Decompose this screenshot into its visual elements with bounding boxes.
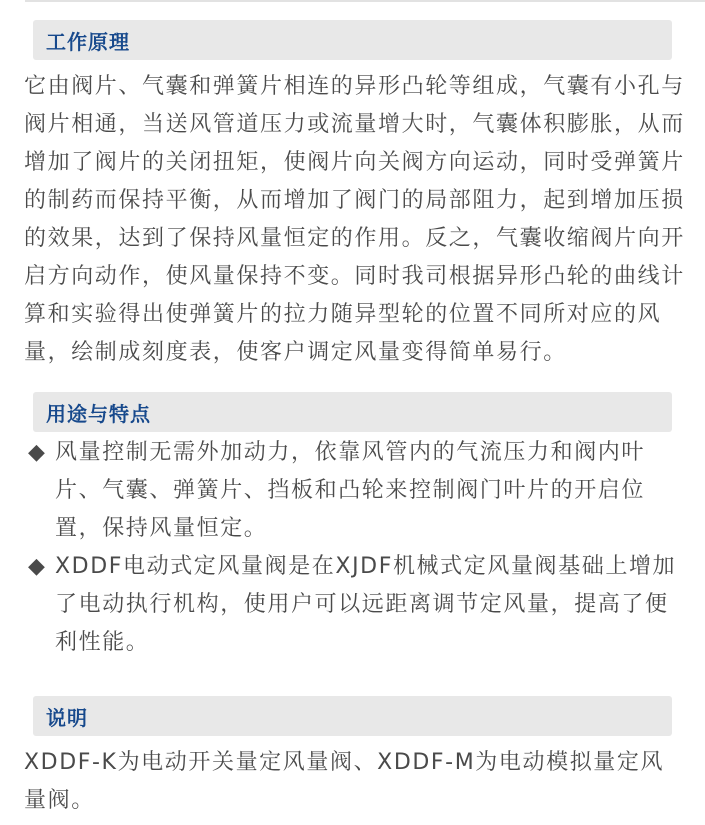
feature-bullet-text: XDDF电动式定风量阀是在XJDF机械式定风量阀基础上增加了电动执行机构，使用户…	[55, 548, 685, 662]
section-header-working-principle: 工作原理	[33, 20, 672, 60]
diamond-bullet-icon: ◆	[28, 548, 55, 662]
document-page: 工作原理 它由阀片、气囊和弹簧片相连的异形凸轮等组成，气囊有小孔与阀片相通，当送…	[0, 0, 705, 820]
list-item: ◆ XDDF电动式定风量阀是在XJDF机械式定风量阀基础上增加了电动执行机构，使…	[28, 548, 685, 662]
section-title-notes: 说明	[46, 702, 88, 731]
section-title-features: 用途与特点	[46, 398, 151, 427]
feature-bullet-text: 风量控制无需外加动力，依靠风管内的气流压力和阀内叶片、气囊、弹簧片、挡板和凸轮来…	[55, 434, 685, 548]
features-bullet-list: ◆ 风量控制无需外加动力，依靠风管内的气流压力和阀内叶片、气囊、弹簧片、挡板和凸…	[24, 434, 685, 662]
working-principle-paragraph: 它由阀片、气囊和弹簧片相连的异形凸轮等组成，气囊有小孔与阀片相通，当送风管道压力…	[24, 68, 685, 372]
section-header-features: 用途与特点	[33, 392, 672, 432]
list-item: ◆ 风量控制无需外加动力，依靠风管内的气流压力和阀内叶片、气囊、弹簧片、挡板和凸…	[28, 434, 685, 548]
notes-paragraph: XDDF-K为电动开关量定风量阀、XDDF-M为电动模拟量定风量阀。	[24, 744, 685, 820]
section-title-working-principle: 工作原理	[46, 26, 130, 55]
section-header-notes: 说明	[33, 696, 672, 736]
diamond-bullet-icon: ◆	[28, 434, 55, 548]
